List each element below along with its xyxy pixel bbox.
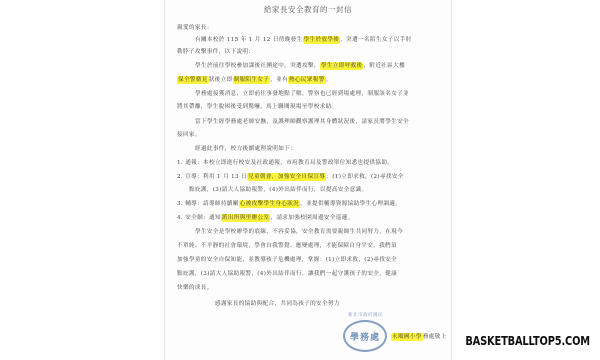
letter-page: 給家長安全教育的一封信 親愛的家長： 有關本校於 115 年 1 月 12 日傍…	[164, 0, 452, 360]
letter-title: 給家長安全教育的一封信	[165, 4, 451, 15]
text: 。	[326, 77, 332, 83]
item-number: 1.	[177, 160, 183, 166]
paragraph-1-line-2: 勒脖子攻擊事件，以下說明：	[177, 48, 443, 56]
highlight: 學生立即呼救後	[320, 62, 364, 70]
paragraph-1-line-1: 有關本校於 115 年 1 月 12 日傍晚發生學生於放學後，突遭一名陌生女子以…	[177, 36, 443, 44]
site-watermark: BASKETBALLTOP5.COM	[465, 334, 590, 348]
text: 通報：本校立即進行校安及社政通報，市府教育局及警政單位知悉也提供協助。	[185, 160, 393, 166]
stamp-arc-text: 新北市政府國民	[348, 312, 383, 318]
text: ，並提供輔導資源協助學生心理調適。	[300, 201, 401, 207]
text: 學生於前往學校參加課後社團途中，突遭攻擊，	[195, 63, 320, 69]
paragraph-6-line-2: 不單純、不平靜的社會環境，學會自我警覺、應變處理，才能保障自身平安。我們須	[177, 242, 443, 250]
list-item-4: 4. 安全網：通知派出所與里辦公室，請求加強校園周邊安全巡邏。	[177, 214, 443, 222]
stamp-text: 學務處	[350, 330, 380, 343]
text: 宣導：利用 1 月 13 日	[185, 174, 247, 180]
highlight: 制服陌生女子	[233, 76, 271, 84]
highlight: 熱心民眾報警	[288, 76, 326, 84]
paragraph-2-line-2: 保全警衛見狀後立即制服陌生女子，並有熱心民眾報警。	[177, 76, 443, 84]
text: ，附近社區大樓	[363, 63, 405, 69]
paragraph-6-line-3: 加強學童的安全自保知能，並教導孩子危機處理，掌握：(1)立即求救，(2)尋找安全	[177, 256, 443, 264]
signature: 永順國小學務處敬上	[391, 332, 447, 340]
highlight: 永順國小學	[391, 333, 423, 341]
paragraph-6-line-5: 快樂的成長。	[177, 284, 443, 292]
item-number: 2.	[177, 174, 183, 180]
text: 務處敬上	[423, 334, 447, 340]
list-item-2-line-2: 點庇護，(3)請大人協助報警，(4)外出結伴而行，以提高安全意識。	[177, 186, 443, 194]
text: ，突遭一名陌生女子以手肘	[340, 37, 411, 43]
paragraph-6-line-4: 點庇護，(3)請大人協助報警，(4)外出結伴而行，讓我們一起守護孩子的安全，健康	[177, 270, 443, 278]
school-stamp: 學務處	[343, 320, 387, 352]
paragraph-3-line-1: 學務處接獲消息，立即前往事發地點了解，警察也已經到場處理，制服該名女子並	[177, 90, 443, 98]
text: 輔導：請導師持續關	[185, 201, 239, 207]
text: ，請求加強校園周邊安全巡邏。	[270, 215, 353, 221]
highlight: 學生於放學後	[303, 36, 341, 44]
highlight: 兒童朝會，加強安全自保宣導	[247, 173, 326, 181]
text: 有關本校於 115 年 1 月 12 日傍晚發生	[195, 37, 303, 43]
list-item-2-line-1: 2. 宣導：利用 1 月 13 日兒童朝會，加強安全自保宣導：(1)立即求救，(…	[177, 173, 443, 181]
salutation: 親愛的家長：	[177, 24, 443, 32]
paragraph-4-line-2: 接回家。	[177, 131, 443, 139]
item-number: 3.	[177, 201, 183, 207]
text: 狀後立即	[209, 77, 233, 83]
text: ，並有	[270, 77, 288, 83]
closing-line: 感謝家長的協助與配合，共同為孩子的安全努力	[177, 300, 443, 308]
paragraph-2-line-1: 學生於前往學校參加課後社團途中，突遭攻擊，學生立即呼救後，附近社區大樓	[177, 62, 443, 70]
list-item-3: 3. 輔導：請導師持續關心被攻擊學生身心狀況，並提供輔導資源協助學生心理調適。	[177, 200, 443, 208]
list-item-1: 1. 通報：本校立即進行校安及社政通報，市府教育局及警政單位知悉也提供協助。	[177, 159, 443, 167]
text: 安全網：通知	[185, 215, 221, 221]
paragraph-6-line-1: 學生安全是學校辦學的底線，不容妥協，安全教育需要親師生共同努力，在現今	[177, 228, 443, 236]
paragraph-5: 經過此事件，校方後續處理說明如下：	[177, 145, 443, 153]
item-number: 4.	[177, 215, 183, 221]
highlight: 派出所與里辦公室	[221, 214, 271, 222]
paragraph-4-line-1: 當下學生經學務處老師安撫，及護理師觀察護理其身體狀況後，請家長將學生安全	[177, 118, 443, 126]
highlight: 保全警衛見	[177, 76, 209, 84]
highlight: 心被攻擊學生身心狀況	[239, 200, 300, 208]
text: ：(1)立即求救，(2)尋找安全	[326, 174, 403, 180]
paragraph-3-line-2: 將其帶離，學生脫困後受到驚嚇，馬上聯閱現場至學校求助。	[177, 103, 443, 111]
